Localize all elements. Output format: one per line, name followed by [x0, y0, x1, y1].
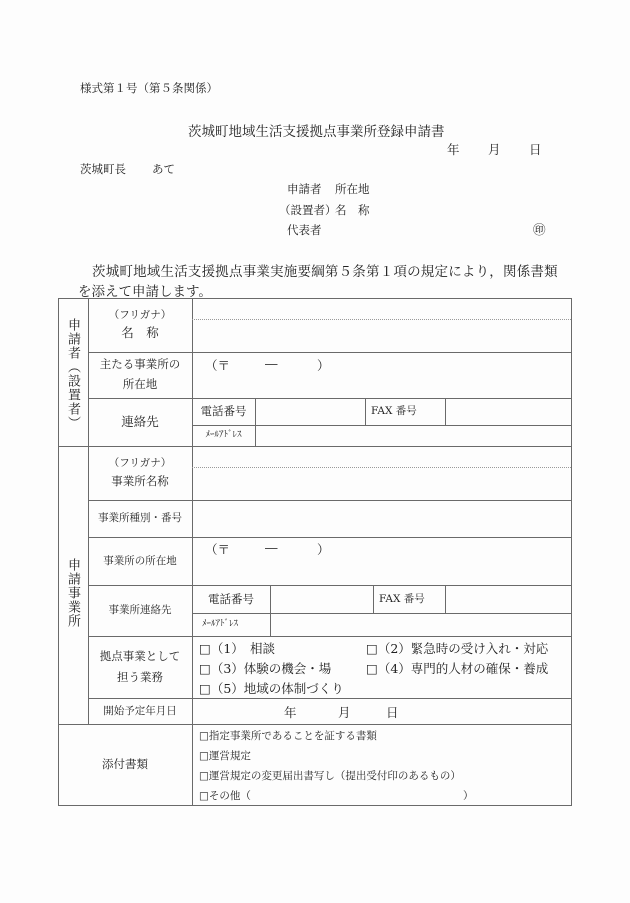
service-label: 地域の体制づくり — [244, 681, 344, 696]
intro-text-line1: 茨城町地域生活支援拠点事業実施要綱第５条第１項の規定により，関係書類 — [92, 260, 558, 280]
office-furigana-input[interactable] — [193, 447, 571, 467]
main-office-address-header: 主たる事業所の 所在地 — [88, 352, 192, 398]
date-year-label: 年 — [447, 140, 460, 158]
applicant-furigana-input[interactable] — [193, 299, 571, 319]
attachment-item-other[interactable]: □その他（ — [199, 788, 251, 803]
attachment-other-close: ） — [463, 788, 474, 803]
applicant-fax-input[interactable] — [446, 399, 571, 425]
office-phone-label: 電話番号 — [192, 585, 270, 613]
applicant-name-header: （フリガナ） 名 称 — [88, 298, 192, 352]
form-number: 様式第１号（第５条関係） — [80, 80, 218, 96]
checkbox-icon[interactable]: □ — [366, 641, 378, 656]
contact-header: 連絡先 — [88, 398, 192, 446]
intro-text-line2: を添えて申請します。 — [78, 280, 212, 300]
start-month-label: 月 — [338, 703, 351, 721]
office-phone-input[interactable] — [271, 586, 373, 613]
office-address-input[interactable]: （〒 ― ） — [193, 538, 571, 585]
service-number: （5） — [211, 681, 244, 696]
main-office-label-2: 所在地 — [123, 375, 158, 395]
start-day-label: 日 — [386, 703, 399, 721]
services-label-2: 担う業務 — [117, 667, 163, 688]
office-email-label: ﾒｰﾙｱﾄﾞﾚｽ — [192, 613, 270, 636]
service-option-1[interactable]: □（1） 相談 — [199, 639, 275, 657]
applicant-name-input[interactable] — [193, 320, 571, 352]
service-number: （3） — [211, 661, 244, 676]
start-date-header: 開始予定年月日 — [88, 698, 192, 724]
document-title: 茨城町地域生活支援拠点事業所登録申請書 — [188, 120, 445, 140]
furigana-label: （フリガナ） — [109, 307, 171, 324]
service-option-5[interactable]: □（5）地域の体制づくり — [199, 679, 344, 697]
applicant-label: 申請者 — [287, 181, 322, 197]
service-label: 体験の機会・場 — [244, 661, 332, 676]
service-label: 専門的人材の確保・養成 — [411, 661, 549, 676]
applicant-name-label: 名 称 — [335, 202, 370, 218]
email-label: ﾒｰﾙｱﾄﾞﾚｽ — [192, 425, 255, 446]
main-office-address-input[interactable]: （〒 ― ） — [193, 353, 571, 398]
checkbox-icon[interactable]: □ — [366, 661, 378, 676]
office-type-header: 事業所種別・番号 — [88, 500, 192, 537]
office-contact-header: 事業所連絡先 — [88, 585, 192, 636]
applicant-email-input[interactable] — [256, 426, 571, 446]
seal-mark: ㊞ — [533, 220, 546, 238]
postal-suffix: ） — [317, 356, 330, 374]
main-office-label-1: 主たる事業所の — [100, 355, 181, 375]
service-label: 緊急時の受け入れ・対応 — [411, 641, 549, 656]
service-option-3[interactable]: □（3）体験の機会・場 — [199, 659, 331, 677]
attachment-item-1[interactable]: □指定事業所であることを証する書類 — [199, 728, 377, 743]
fax-label: FAX 番号 — [365, 398, 445, 425]
service-number: （4） — [378, 661, 411, 676]
applicant-section-label: 申請者（設置者） — [66, 318, 79, 430]
service-label: 相談 — [238, 641, 276, 656]
attachment-item-2[interactable]: □運営規定 — [199, 748, 251, 763]
office-fax-input[interactable] — [446, 586, 571, 613]
office-type-input[interactable] — [193, 501, 571, 537]
office-address-header: 事業所の所在地 — [88, 537, 192, 585]
table-border-right — [571, 298, 572, 805]
service-option-2[interactable]: □（2）緊急時の受け入れ・対応 — [366, 639, 548, 657]
checkbox-icon[interactable]: □ — [199, 681, 211, 696]
office-name-header: （フリガナ） 事業所名称 — [88, 446, 192, 500]
postal-prefix: （〒 — [205, 356, 230, 374]
applicant-phone-input[interactable] — [256, 399, 365, 425]
date-month-label: 月 — [488, 140, 501, 158]
date-day-label: 日 — [529, 140, 542, 158]
checkbox-icon[interactable]: □ — [199, 641, 211, 656]
office-name-input[interactable] — [193, 468, 571, 500]
postal-dash: ― — [265, 356, 278, 371]
service-number: （1） — [211, 641, 238, 656]
office-email-input[interactable] — [271, 614, 571, 636]
services-label-1: 拠点事業として — [100, 646, 181, 667]
office-name-label: 事業所名称 — [111, 472, 169, 490]
checkbox-icon[interactable]: □ — [199, 661, 211, 676]
office-furigana-label: （フリガナ） — [109, 455, 171, 472]
addressee-suffix: あて — [152, 161, 175, 177]
services-header: 拠点事業として 担う業務 — [88, 636, 192, 698]
name-label: 名 称 — [121, 323, 159, 343]
start-year-label: 年 — [284, 703, 297, 721]
office-section-label: 申請事業所 — [66, 558, 79, 628]
postal-prefix: （〒 — [205, 540, 230, 558]
representative-label: 代表者 — [287, 222, 322, 238]
installer-label: （設置者） — [279, 202, 337, 218]
service-option-4[interactable]: □（4）専門的人材の確保・養成 — [366, 659, 548, 677]
start-date-input[interactable]: 年 月 日 — [193, 699, 571, 724]
table-border-bottom — [58, 805, 572, 806]
office-fax-label: FAX 番号 — [373, 585, 445, 613]
postal-suffix: ） — [317, 540, 330, 558]
postal-dash: ― — [265, 540, 278, 555]
attachment-item-3[interactable]: □運営規定の変更届出書写し（提出受付印のあるもの） — [199, 768, 461, 783]
applicant-address-label: 所在地 — [335, 181, 370, 197]
service-number: （2） — [378, 641, 411, 656]
attachments-header: 添付書類 — [58, 724, 192, 805]
addressee: 茨城町長 — [80, 161, 126, 177]
phone-label: 電話番号 — [192, 398, 255, 425]
